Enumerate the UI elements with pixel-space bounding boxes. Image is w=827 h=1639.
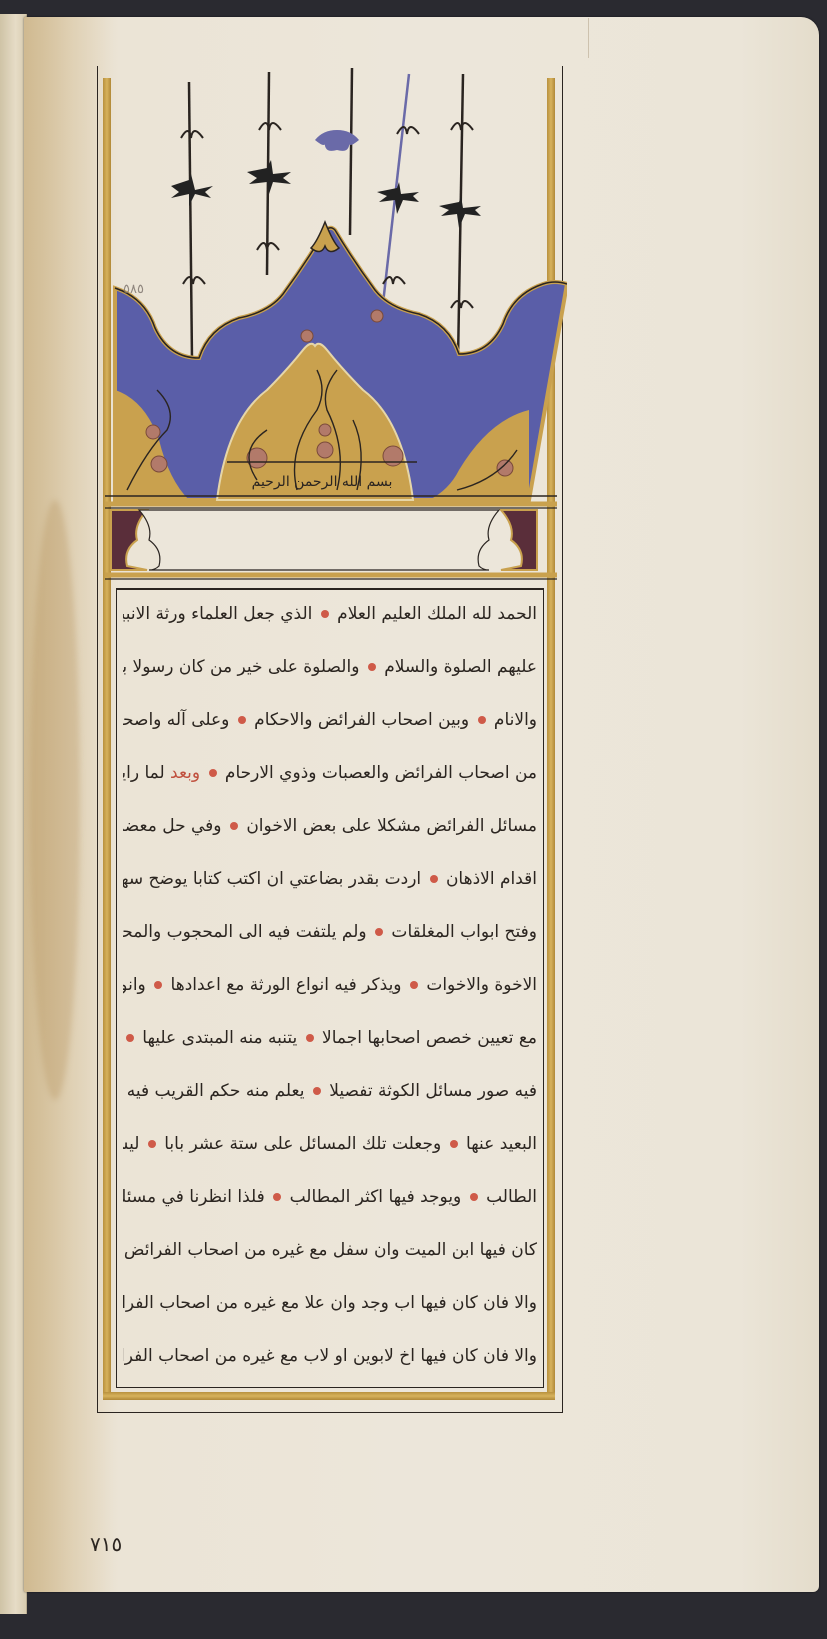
rubric-dot	[368, 663, 376, 671]
text-line-2: عليهم الصلوة والسلام والصلوة على خير من …	[123, 645, 537, 689]
binding-spine	[0, 14, 27, 1614]
text-line-11: البعيد عنها وجعلت تلك المسائل على ستة عش…	[123, 1122, 537, 1166]
text-line-1: الحمد لله الملك العليم العلام الذي جعل ا…	[123, 592, 537, 636]
text-line-7: وفتح ابواب المغلقات ولم يلتفت فيه الى ال…	[123, 910, 537, 954]
rubric-dot	[209, 769, 217, 777]
rubricated-word: وبعد	[170, 763, 200, 783]
rubric-dot	[410, 981, 418, 989]
text-line-6: اقدام الاذهان اردت بقدر بضاعتي ان اكتب ك…	[123, 857, 537, 901]
text-line-13: كان فيها ابن الميت وان سفل مع غيره من اص…	[123, 1228, 537, 1272]
rubric-dot	[154, 981, 162, 989]
page-crease	[588, 18, 589, 58]
text-line-10: فيه صور مسائل الكوثة تفصيلا يعلم منه حكم…	[123, 1069, 537, 1113]
text-line-9: مع تعيين خصص اصحابها اجمالا يتنبه منه ال…	[123, 1016, 537, 1060]
text-block: الحمد لله الملك العليم العلام الذي جعل ا…	[116, 588, 544, 1388]
rubric-dot	[478, 716, 486, 724]
text-line-3: والانام وبين اصحاب الفرائض والاحكام وعلى…	[123, 698, 537, 742]
rubric-dot	[430, 875, 438, 883]
text-line-5: مسائل الفرائض مشكلا على بعض الاخوان وفي …	[123, 804, 537, 848]
shelfmark-note: ٥٨٥	[123, 282, 144, 297]
text-line-4: من اصحاب الفرائض والعصبات وذوي الارحام و…	[123, 751, 537, 795]
rubric-dot	[273, 1193, 281, 1201]
rubric-dot	[126, 1034, 134, 1042]
basmala-inscription: بسم الله الرحمن الرحيم	[252, 474, 393, 490]
rubric-dot	[321, 610, 329, 618]
title-cartouche	[139, 510, 499, 570]
gold-frame-bottom	[103, 1392, 555, 1400]
rubric-dot	[148, 1140, 156, 1148]
rubric-dot	[375, 928, 383, 936]
text-line-14: والا فان كان فيها اب وجد وان علا مع غيره…	[123, 1281, 537, 1325]
text-line-12: الطالب ويوجد فيها اكثر المطالب فلذا انظر…	[123, 1175, 537, 1219]
text-line-8: الاخوة والاخوات ويذكر فيه انواع الورثة م…	[123, 963, 537, 1007]
rubric-dot	[306, 1034, 314, 1042]
rubric-dot	[238, 716, 246, 724]
rubric-dot	[450, 1140, 458, 1148]
edge-stain	[30, 500, 80, 1100]
rubric-dot	[230, 822, 238, 830]
folio-number: ٧١٥	[90, 1532, 122, 1556]
rubric-dot	[313, 1087, 321, 1095]
illuminated-headpiece: بسم الله الرحمن الرحيم	[97, 60, 567, 590]
rubric-dot	[470, 1193, 478, 1201]
text-line-15: والا فان كان فيها اخ لابوين او لاب مع غي…	[123, 1334, 537, 1378]
